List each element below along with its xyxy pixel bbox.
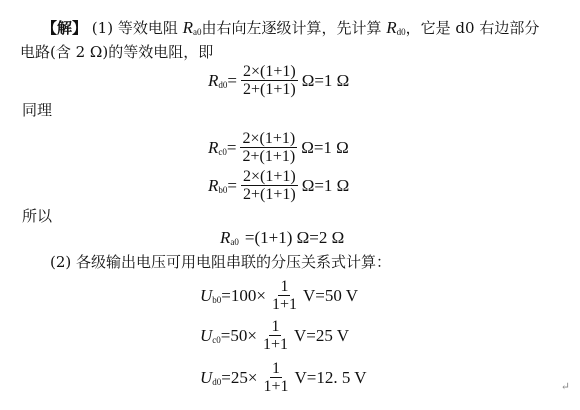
solution-label: 【解】	[42, 19, 87, 37]
equation-u-b0: Ub0=100× 11+1 V=50 V	[200, 278, 358, 313]
symbol-r-a0: Ra0	[183, 18, 202, 37]
paragraph-return-mark-icon: ↵	[561, 380, 570, 393]
paragraph-1-line-1: 【解】 (1) 等效电阻 Ra0由右向左逐级计算，先计算 Rd0，它是 d0 右…	[42, 18, 539, 42]
symbol-r-d0: Rd0	[386, 18, 405, 37]
equation-u-d0: Ud0=25× 11+1 V=12. 5 V	[200, 360, 367, 395]
equation-u-c0: Uc0=50× 11+1 V=25 V	[200, 318, 349, 353]
same-reasoning-text: 同理	[22, 100, 52, 120]
paragraph-1-line-2: 电路(含 2 Ω)的等效电阻，即	[20, 42, 213, 62]
equation-r-c0: Rc0= 2×(1+1)2+(1+1) Ω=1 Ω	[208, 130, 349, 165]
therefore-text: 所以	[22, 206, 52, 226]
equation-r-d0: Rd0= 2×(1+1)2+(1+1) Ω=1 Ω	[208, 63, 349, 98]
paragraph-2: (2) 各级输出电压可用电阻串联的分压关系式计算：	[50, 252, 391, 272]
equation-r-b0: Rb0= 2×(1+1)2+(1+1) Ω=1 Ω	[208, 168, 349, 203]
equation-r-a0: Ra0=(1+1) Ω=2 Ω	[220, 228, 344, 248]
